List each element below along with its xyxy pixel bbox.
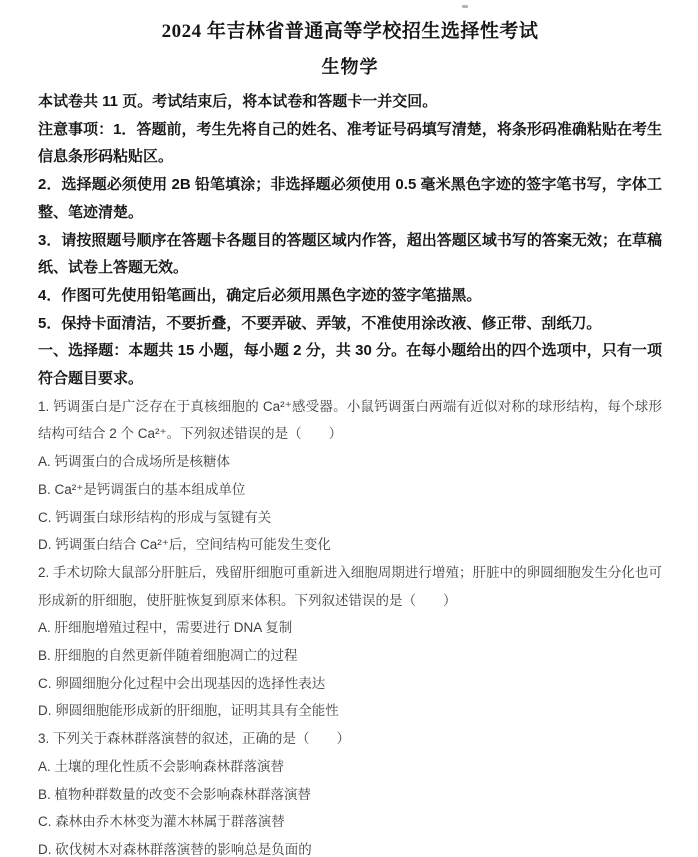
- question-3-option-c: C. 森林由乔木林变为灌木林属于群落演替: [38, 808, 662, 836]
- question-1-option-b: B. Ca²⁺是钙调蛋白的基本组成单位: [38, 476, 662, 504]
- question-2: 2. 手术切除大鼠部分肝脏后，残留肝细胞可重新进入细胞周期进行增殖；肝脏中的卵圆…: [38, 559, 662, 725]
- exam-instructions: 本试卷共 11 页。考试结束后，将本试卷和答题卡一并交回。 注意事项：1．答题前…: [38, 88, 662, 337]
- question-1-option-c: C. 钙调蛋白球形结构的形成与氢键有关: [38, 504, 662, 532]
- exam-title: 2024 年吉林省普通高等学校招生选择性考试: [38, 20, 662, 44]
- question-3-option-a: A. 土壤的理化性质不会影响森林群落演替: [38, 753, 662, 781]
- question-3-stem: 3. 下列关于森林群落演替的叙述，正确的是（ ）: [38, 725, 662, 753]
- question-3: 3. 下列关于森林群落演替的叙述，正确的是（ ） A. 土壤的理化性质不会影响森…: [38, 725, 662, 857]
- notice-item-4: 4．作图可先使用铅笔画出，确定后必须用黑色字迹的签字笔描黑。: [38, 282, 662, 310]
- return-note: 本试卷共 11 页。考试结束后，将本试卷和答题卡一并交回。: [38, 88, 662, 116]
- notice-item-2: 2．选择题必须使用 2B 铅笔填涂；非选择题必须使用 0.5 毫米黑色字迹的签字…: [38, 171, 662, 226]
- notice-item-5: 5．保持卡面清洁，不要折叠，不要弄破、弄皱，不准使用涂改液、修正带、刮纸刀。: [38, 310, 662, 338]
- notice-item-1: 注意事项：1．答题前，考生先将自己的姓名、准考证号码填写清楚，将条形码准确粘贴在…: [38, 116, 662, 171]
- question-1-option-d: D. 钙调蛋白结合 Ca²⁺后，空间结构可能发生变化: [38, 531, 662, 559]
- section-heading-multiple-choice: 一、选择题：本题共 15 小题，每小题 2 分，共 30 分。在每小题给出的四个…: [38, 337, 662, 392]
- question-2-stem: 2. 手术切除大鼠部分肝脏后，残留肝细胞可重新进入细胞周期进行增殖；肝脏中的卵圆…: [38, 559, 662, 614]
- question-3-option-b: B. 植物种群数量的改变不会影响森林群落演替: [38, 781, 662, 809]
- scan-artifact-mark: [462, 5, 468, 8]
- question-2-option-b: B. 肝细胞的自然更新伴随着细胞凋亡的过程: [38, 642, 662, 670]
- question-1-option-a: A. 钙调蛋白的合成场所是核糖体: [38, 448, 662, 476]
- notice-item-3: 3．请按照题号顺序在答题卡各题目的答题区域内作答，超出答题区域书写的答案无效；在…: [38, 227, 662, 282]
- exam-paper-page: 2024 年吉林省普通高等学校招生选择性考试 生物学 本试卷共 11 页。考试结…: [0, 0, 698, 857]
- exam-subject-title: 生物学: [38, 55, 662, 79]
- question-3-option-d: D. 砍伐树木对森林群落演替的影响总是负面的: [38, 836, 662, 857]
- question-2-option-a: A. 肝细胞增殖过程中，需要进行 DNA 复制: [38, 614, 662, 642]
- question-2-option-d: D. 卵圆细胞能形成新的肝细胞，证明其具有全能性: [38, 697, 662, 725]
- question-1-stem: 1. 钙调蛋白是广泛存在于真核细胞的 Ca²⁺感受器。小鼠钙调蛋白两端有近似对称…: [38, 393, 662, 448]
- question-1: 1. 钙调蛋白是广泛存在于真核细胞的 Ca²⁺感受器。小鼠钙调蛋白两端有近似对称…: [38, 393, 662, 559]
- question-2-option-c: C. 卵圆细胞分化过程中会出现基因的选择性表达: [38, 670, 662, 698]
